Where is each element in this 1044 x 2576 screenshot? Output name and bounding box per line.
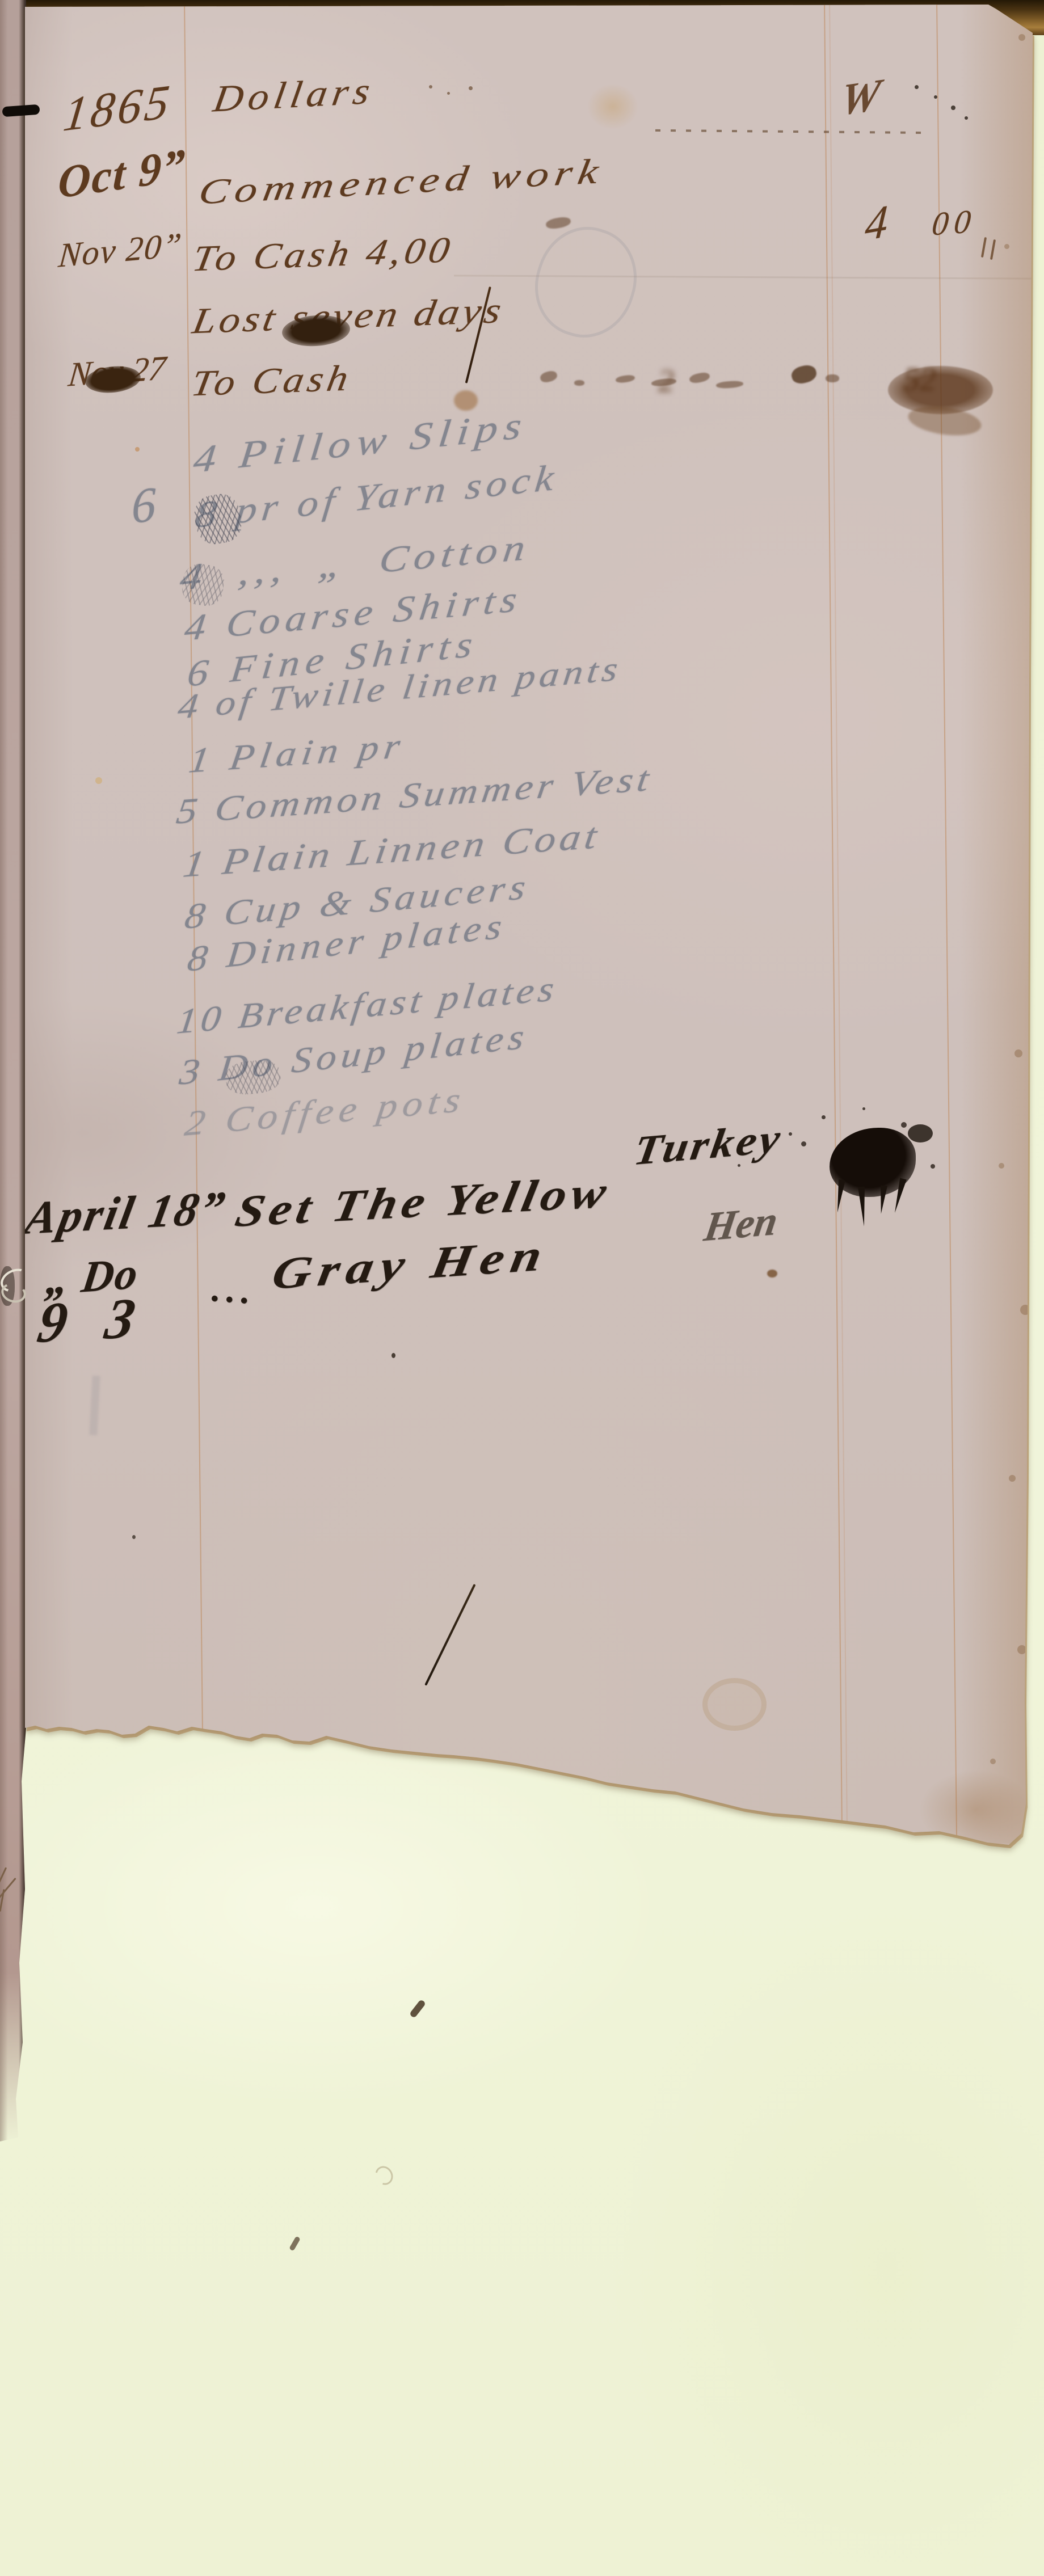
ink-spatter [822,1115,826,1119]
pencil-item: 1 Plain pr [187,728,407,778]
ruled-line-cents [936,0,957,1837]
entry-description: To Cash 4,00 [190,231,457,277]
foxing-spot [1004,244,1009,249]
ditto-dots: ... [211,1271,258,1310]
edge-browning [959,0,1033,1844]
ink-smear [545,216,571,230]
ink-smear [689,371,711,384]
ink-speck [447,92,450,95]
ruled-line-amount-outer [824,0,843,1825]
ink-smear [790,363,818,386]
ledger-page-surface: 1865 Dollars Oct 9” Commenced work Nov 2… [0,0,1044,2576]
stain [454,390,478,411]
ring-stain [702,1678,767,1731]
note-text: Set The Yellow [232,1169,614,1233]
ink-blot [908,1124,933,1142]
pencil-ghost-loop [521,214,650,351]
dollars-header: Dollars [211,72,377,118]
foxing-spot [990,1759,996,1764]
foxing-spot [1018,34,1025,41]
stain [587,84,638,129]
ink-spatter [801,1141,806,1146]
pencil-item: 1 Plain Linnen Coat [181,817,603,883]
amount-dollars: 4 [864,198,889,248]
ink-smear [574,380,584,386]
ink-smear [615,374,635,384]
note-date: April 18” [22,1184,230,1242]
stray-pen-slash [424,1584,475,1686]
foxing-spot [1017,1645,1026,1654]
ink-spatter [738,1164,740,1167]
entry-date: Nov 20” [57,227,184,273]
tear-browning [919,1770,1033,1849]
ink-spatter [934,95,937,99]
foxing-spot [1014,1049,1022,1057]
stain [135,447,140,452]
year-label: 1865 [61,78,175,140]
margin-count: 6 [132,479,156,532]
entry-description: Commenced work [196,154,607,210]
ink-smear [539,369,558,383]
note-number: 9 3 [34,1289,151,1352]
entry-date: Oct 9” [57,142,187,206]
ink-flourish: W [838,71,883,123]
ink-smear [826,374,839,382]
ink-spatter [915,85,919,89]
ink-dotted-trail [655,129,928,134]
ink-speck [429,85,432,88]
ink-smear [716,380,744,389]
torn-ledger-page: 1865 Dollars Oct 9” Commenced work Nov 2… [0,0,1044,2576]
ink-spatter [951,106,955,110]
ink-spatter [931,1164,935,1169]
pencil-smudge [89,1376,100,1436]
note-text: Gray Hen [269,1232,552,1296]
pencil-item: 2 Coffee pots [183,1082,468,1142]
stain [767,1270,777,1278]
ink-speck [469,86,473,90]
ledger-scan: 1865 Dollars Oct 9” Commenced work Nov 2… [0,0,1044,2576]
inserted-word-turkey: Turkey [631,1117,785,1171]
ink-speck [132,1535,136,1539]
ink-spatter [965,116,968,120]
foxing-spot [1009,1475,1016,1482]
ink-speck [392,1353,395,1358]
ink-spatter [862,1107,865,1110]
ink-spatter [901,1122,907,1128]
note-text-hen: Hen [701,1200,780,1247]
stain [95,777,102,784]
entry-description: To Cash [189,360,355,402]
ink-spatter [789,1132,792,1136]
foxing-spot [999,1163,1004,1169]
amount-cents: 00 [931,205,978,241]
